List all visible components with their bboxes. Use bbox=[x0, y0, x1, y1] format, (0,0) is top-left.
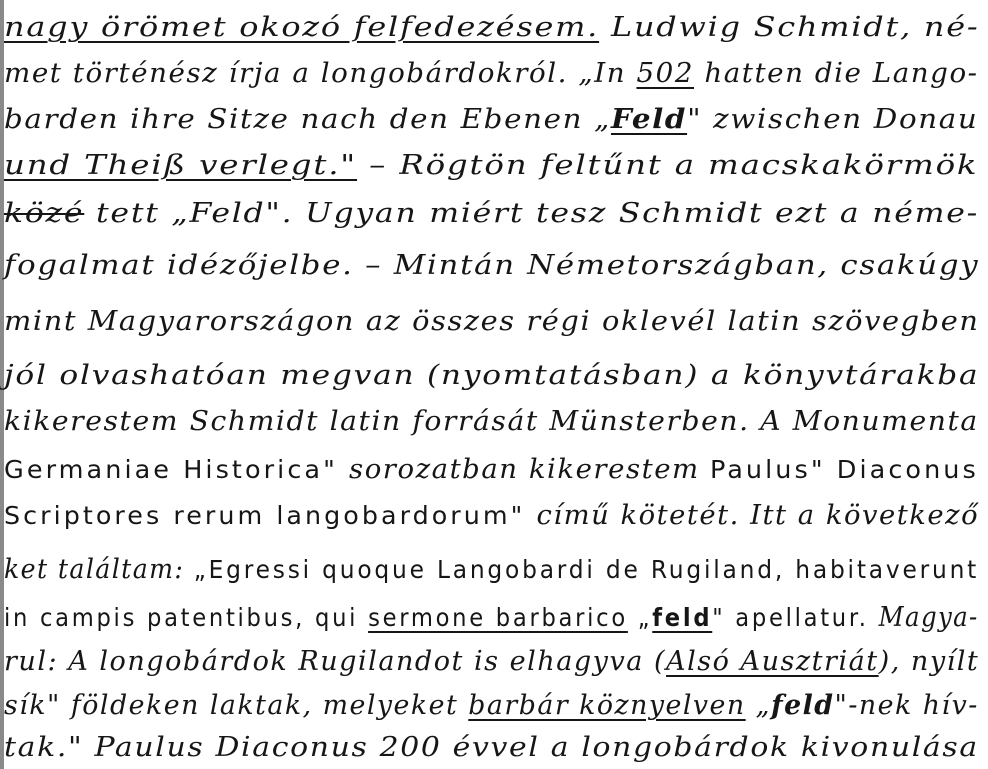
line-segment: " zwischen Donau bbox=[687, 104, 978, 135]
line-segment: ), nyílt bbox=[879, 646, 980, 677]
line-segment: in campis patentibus, qui bbox=[4, 603, 368, 632]
manuscript-line: közé tett „Feld". Ugyan miért tesz Schmi… bbox=[4, 200, 979, 227]
manuscript-line: und Theiß verlegt." – Rögtön feltűnt a m… bbox=[4, 152, 978, 179]
line-segment: und Theiß verlegt." bbox=[4, 150, 357, 181]
line-segment: Feld bbox=[611, 104, 687, 135]
line-segment: Scriptores rerum langobardorum" bbox=[4, 501, 536, 530]
line-segment: Paulus" Diaconus bbox=[710, 455, 979, 484]
manuscript-line: tak." Paulus Diaconus 200 évvel a longob… bbox=[4, 734, 979, 761]
line-segment: „Egressi quoque Langobardi de Rugiland, … bbox=[194, 555, 979, 584]
line-segment: met történész írja a longobárdokról. „In bbox=[4, 58, 636, 89]
line-segment: – Rögtön feltűnt a macskakörmök bbox=[357, 150, 978, 181]
manuscript-page: nagy örömet okozó felfedezésem. Ludwig S… bbox=[4, 0, 988, 769]
line-segment: Ludwig Schmidt, né- bbox=[599, 12, 979, 43]
line-segment: kikerestem Schmidt latin forrását Münste… bbox=[4, 406, 979, 437]
line-segment: ket találtam: bbox=[4, 554, 194, 585]
line-segment: feld bbox=[652, 603, 712, 632]
line-segment: „ bbox=[746, 690, 771, 721]
line-segment: jól olvashatóan megvan (nyomtatásban) a … bbox=[4, 360, 979, 391]
line-segment: fogalmat idézőjelbe. – Mintán Németorszá… bbox=[4, 250, 979, 281]
line-segment: sorozatban kikerestem bbox=[349, 454, 710, 485]
line-segment: sík" földeken laktak, melyeket bbox=[4, 690, 468, 721]
manuscript-line: in campis patentibus, qui sermone barbar… bbox=[4, 604, 979, 631]
manuscript-line: nagy örömet okozó felfedezésem. Ludwig S… bbox=[4, 14, 979, 41]
line-segment: barden ihre Sitze nach den Ebenen „ bbox=[4, 104, 611, 135]
manuscript-line: kikerestem Schmidt latin forrását Münste… bbox=[4, 408, 979, 435]
line-segment: feld bbox=[771, 690, 834, 721]
line-segment: Germaniae Historica" bbox=[4, 455, 349, 484]
line-segment: tak." Paulus Diaconus 200 évvel a longob… bbox=[4, 732, 979, 763]
line-segment: közé bbox=[4, 198, 84, 229]
manuscript-line: Scriptores rerum langobardorum" című köt… bbox=[4, 502, 979, 529]
manuscript-line: jól olvashatóan megvan (nyomtatásban) a … bbox=[4, 362, 979, 389]
line-segment: barbár köznyelven bbox=[468, 690, 745, 721]
manuscript-line: fogalmat idézőjelbe. – Mintán Németorszá… bbox=[4, 252, 979, 279]
manuscript-line: sík" földeken laktak, melyeket barbár kö… bbox=[4, 692, 979, 719]
manuscript-line: met történész írja a longobárdokról. „In… bbox=[4, 60, 979, 87]
manuscript-line: Germaniae Historica" sorozatban kikerest… bbox=[4, 456, 979, 483]
line-segment: rul: A longobárdok Rugilandot is elhagyv… bbox=[4, 646, 666, 677]
manuscript-line: rul: A longobárdok Rugilandot is elhagyv… bbox=[4, 648, 979, 675]
line-segment: nagy örömet okozó felfedezésem. bbox=[4, 12, 599, 43]
line-segment: Magya- bbox=[879, 602, 979, 633]
manuscript-line: barden ihre Sitze nach den Ebenen „Feld"… bbox=[4, 106, 978, 133]
line-segment: című kötetét. Itt a következő bbox=[536, 500, 979, 531]
manuscript-line: ket találtam: „Egressi quoque Langobardi… bbox=[4, 556, 979, 583]
line-segment: 502 bbox=[636, 58, 694, 89]
line-segment: tett „Feld". Ugyan miért tesz Schmidt ez… bbox=[84, 198, 979, 229]
line-segment: sermone barbarico bbox=[368, 603, 628, 632]
line-segment: mint Magyarországon az összes régi oklev… bbox=[4, 306, 980, 337]
manuscript-line: mint Magyarországon az összes régi oklev… bbox=[4, 308, 980, 335]
line-segment: „ bbox=[628, 603, 652, 632]
line-segment: " apellatur. bbox=[712, 603, 878, 632]
line-segment: Alsó Ausztriát bbox=[666, 646, 879, 677]
line-segment: hatten die Lango- bbox=[694, 58, 979, 89]
line-segment: "-nek hív- bbox=[835, 690, 979, 721]
